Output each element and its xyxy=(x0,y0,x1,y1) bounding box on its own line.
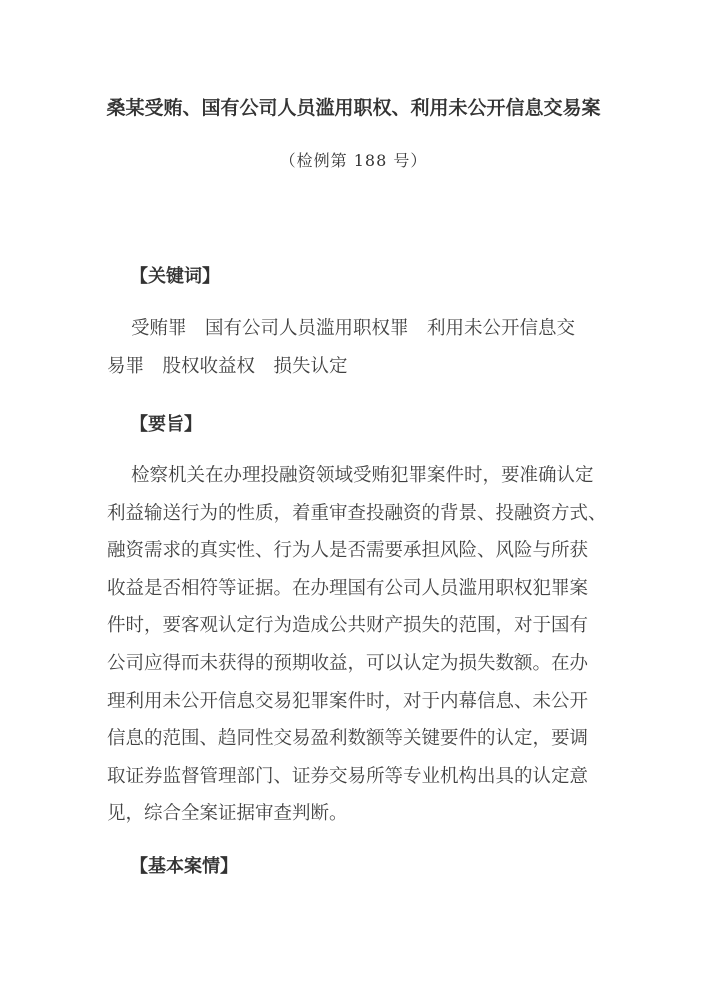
gist-line: 收益是否相符等证据。在办理国有公司人员滥用职权犯罪案 xyxy=(107,570,600,608)
gist-line: 利益输送行为的性质，着重审查投融资的背景、投融资方式、 xyxy=(107,495,600,533)
gist-line: 件时，要客观认定行为造成公共财产损失的范围，对于国有 xyxy=(107,607,600,645)
gist-line: 取证券监督管理部门、证券交易所等专业机构出具的认定意 xyxy=(107,758,600,796)
keywords-paragraph: 受贿罪 国有公司人员滥用职权罪 利用未公开信息交 易罪 股权收益权 损失认定 xyxy=(107,310,600,385)
case-number: （检例第 188 号） xyxy=(0,148,707,171)
keywords-line: 易罪 股权收益权 损失认定 xyxy=(107,348,600,386)
document-title: 桑某受贿、国有公司人员滥用职权、利用未公开信息交易案 xyxy=(0,93,707,120)
gist-line: 信息的范围、趋同性交易盈利数额等关键要件的认定，要调 xyxy=(107,720,600,758)
gist-line: 检察机关在办理投融资领域受贿犯罪案件时，要准确认定 xyxy=(107,457,600,495)
keywords-line: 受贿罪 国有公司人员滥用职权罪 利用未公开信息交 xyxy=(107,310,600,348)
gist-line: 理利用未公开信息交易犯罪案件时，对于内幕信息、未公开 xyxy=(107,683,600,721)
gist-line: 公司应得而未获得的预期收益，可以认定为损失数额。在办 xyxy=(107,645,600,683)
gist-heading: 【要旨】 xyxy=(130,410,202,436)
gist-paragraph: 检察机关在办理投融资领域受贿犯罪案件时，要准确认定 利益输送行为的性质，着重审查… xyxy=(107,457,600,833)
keywords-heading: 【关键词】 xyxy=(130,262,220,288)
basic-facts-heading: 【基本案情】 xyxy=(130,852,238,878)
gist-line: 见，综合全案证据审查判断。 xyxy=(107,795,600,833)
gist-line: 融资需求的真实性、行为人是否需要承担风险、风险与所获 xyxy=(107,532,600,570)
